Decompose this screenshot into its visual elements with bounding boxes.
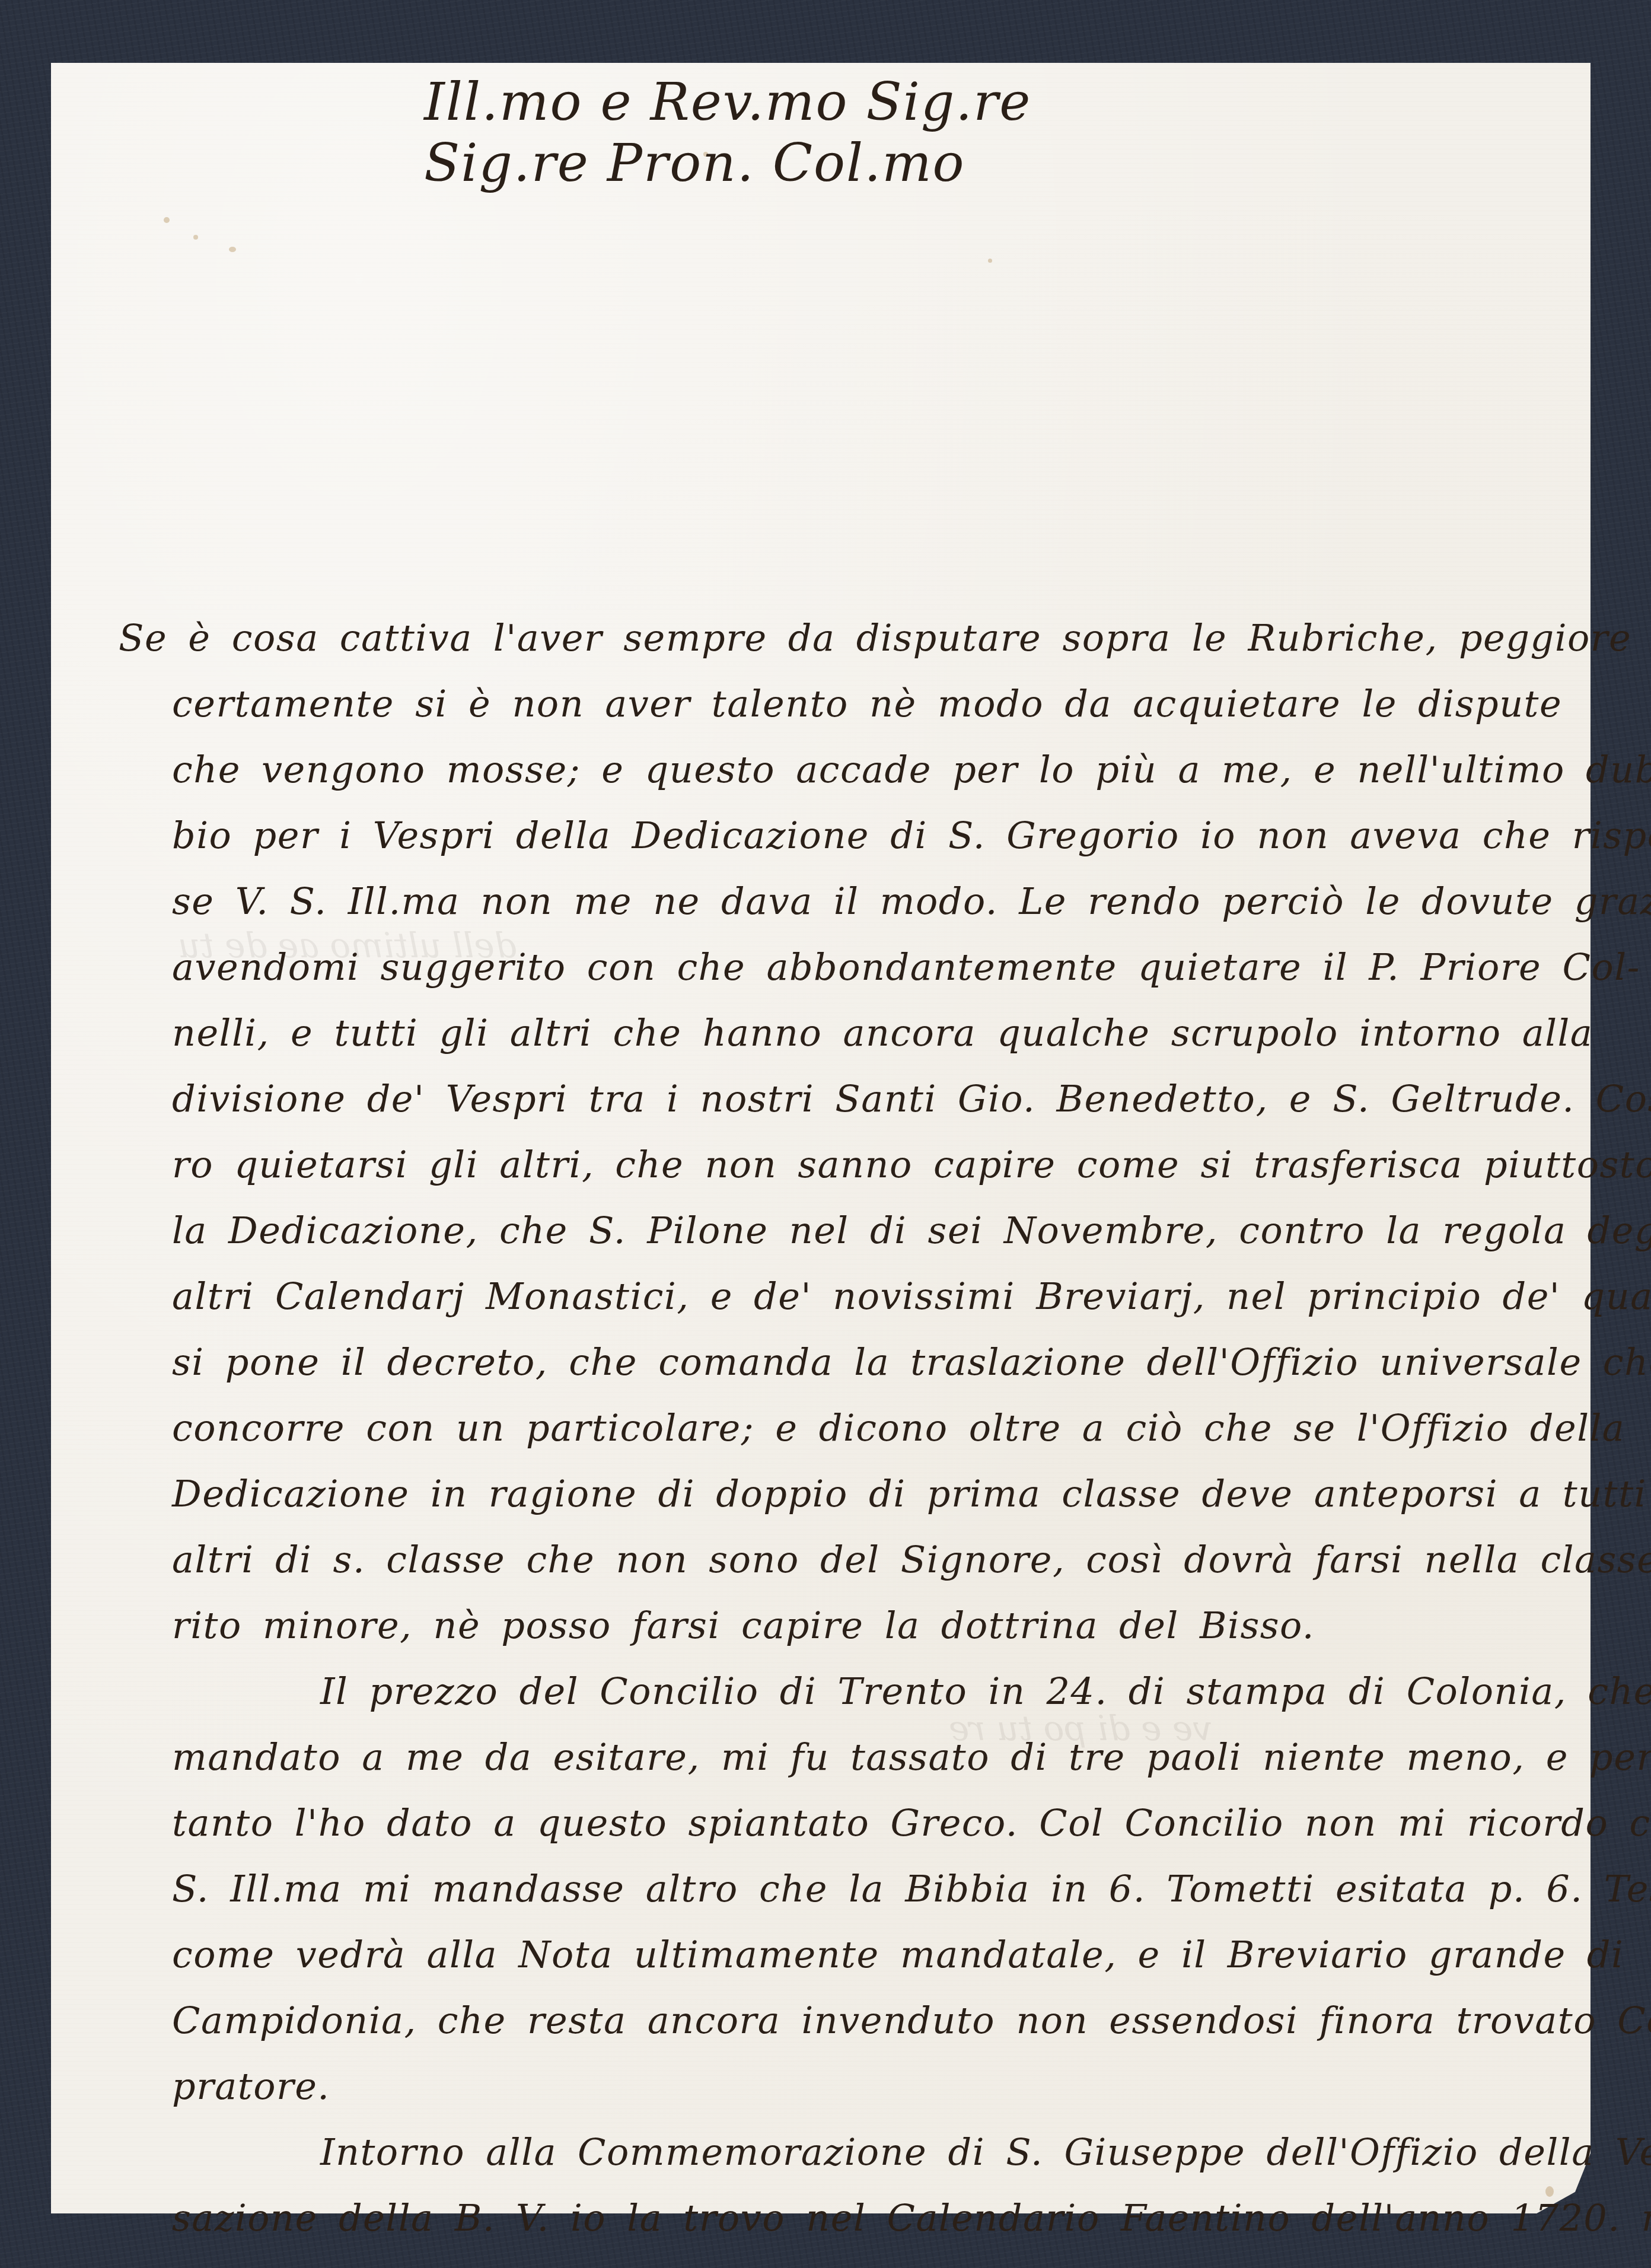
text-line: la Dedicazione, che S. Pilone nel di sei… — [119, 1197, 1589, 1263]
text-line: bio per i Vespri della Dedicazione di S.… — [119, 802, 1589, 868]
text-line: Dedicazione in ragione di doppio di prim… — [119, 1461, 1589, 1527]
paragraph-3: Intorno alla Commemorazione di S. Giusep… — [119, 2119, 1589, 2251]
text-line: si pone il decreto, che comanda la trasl… — [119, 1329, 1589, 1395]
text-line: certamente si è non aver talento nè modo… — [119, 671, 1589, 737]
text-line: divisione de' Vespri tra i nostri Santi … — [119, 1066, 1589, 1132]
text-line: sazione della B. V. io la trovo nel Cale… — [119, 2185, 1589, 2251]
foxing-spot — [229, 247, 236, 252]
salutation-heading: Ill.mo e Rev.mo Sig.re Sig.re Pron. Col.… — [424, 71, 1195, 193]
text-line: S. Ill.ma mi mandasse altro che la Bibbi… — [119, 1856, 1589, 1922]
text-line: che vengono mosse; e questo accade per l… — [119, 737, 1589, 802]
paragraph-2: Il prezzo del Concilio di Trento in 24. … — [119, 1658, 1589, 2119]
text-line: se V. S. Ill.ma non me ne dava il modo. … — [119, 868, 1589, 934]
text-line: altri di s. classe che non sono del Sign… — [119, 1527, 1589, 1592]
text-line: concorre con un particolare; e dicono ol… — [119, 1395, 1589, 1461]
text-line: ro quietarsi gli altri, che non sanno ca… — [119, 1132, 1589, 1197]
paragraph-1: Se è cosa cattiva l'aver sempre da dispu… — [119, 605, 1589, 1658]
text-line: tanto l'ho dato a questo spiantato Greco… — [119, 1790, 1589, 1856]
text-line: Se è cosa cattiva l'aver sempre da dispu… — [119, 605, 1589, 671]
text-line: avendomi suggerito con che abbondantemen… — [119, 934, 1589, 1000]
foxing-spot — [193, 235, 198, 240]
letter-body: Se è cosa cattiva l'aver sempre da dispu… — [119, 605, 1589, 2251]
text-line: Intorno alla Commemorazione di S. Giusep… — [119, 2119, 1589, 2185]
text-line: rito minore, nè posso farsi capire la do… — [119, 1592, 1589, 1658]
text-line: Il prezzo del Concilio di Trento in 24. … — [119, 1658, 1589, 1724]
foxing-spot — [164, 217, 170, 223]
text-line: altri Calendarj Monastici, e de' novissi… — [119, 1263, 1589, 1329]
text-line: mandato a me da esitare, mi fu tassato d… — [119, 1724, 1589, 1790]
text-line: Campidonia, che resta ancora invenduto n… — [119, 1987, 1589, 2053]
text-line: pratore. — [119, 2053, 1589, 2119]
text-line: come vedrà alla Nota ultimamente mandata… — [119, 1922, 1589, 1987]
foxing-spot — [988, 259, 992, 263]
text-line: nelli, e tutti gli altri che hanno ancor… — [119, 1000, 1589, 1066]
